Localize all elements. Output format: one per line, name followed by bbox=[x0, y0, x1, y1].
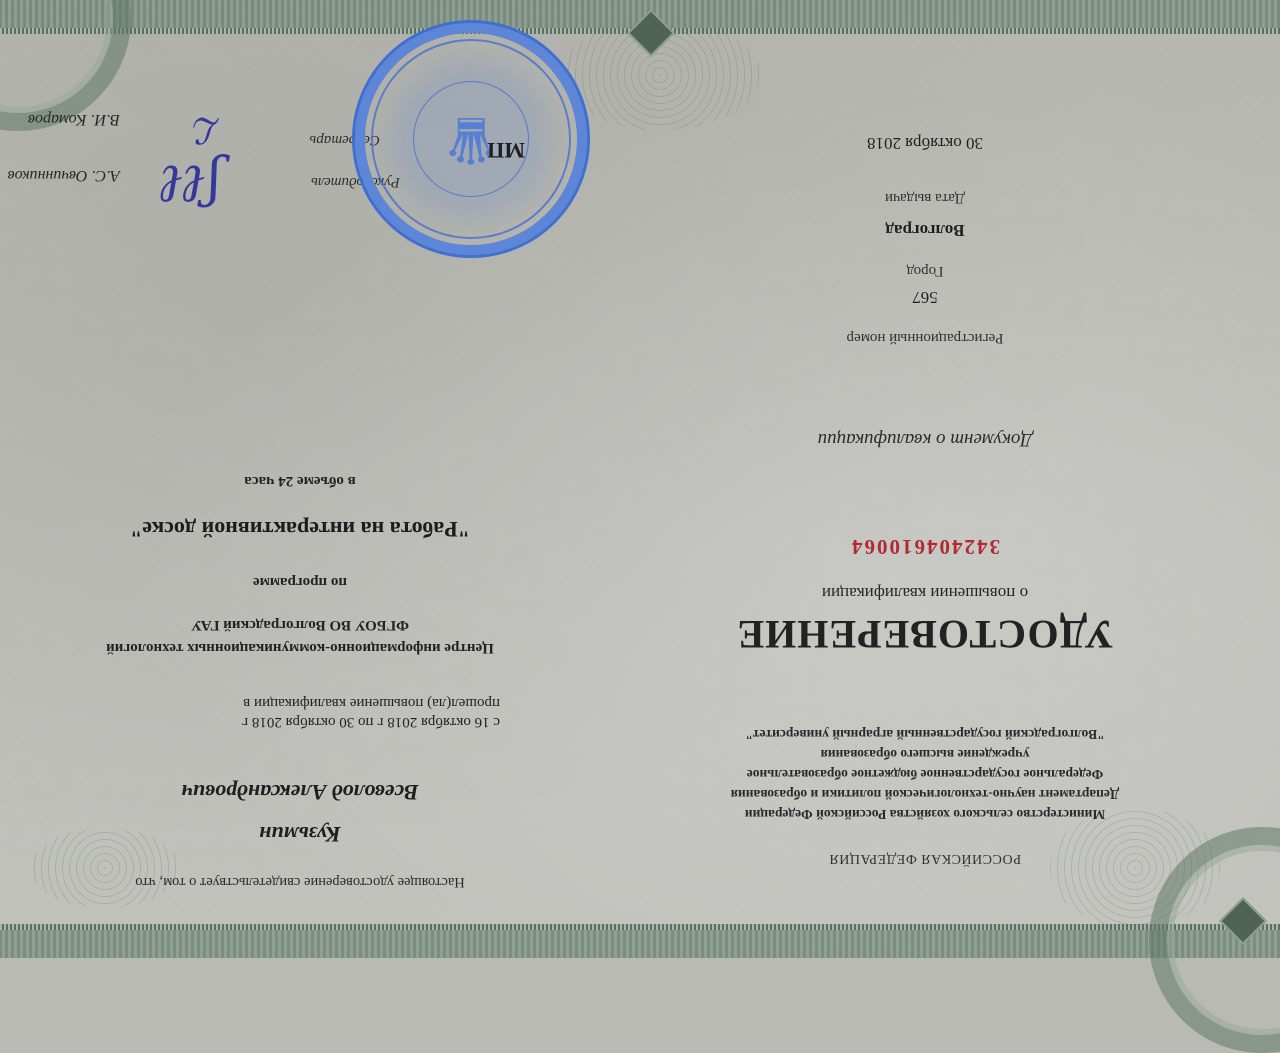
certificate-sheet: РОССИЙСКАЯ ФЕДЕРАЦИЯ Министерство сельск… bbox=[0, 0, 1280, 958]
issuer-block: РОССИЙСКАЯ ФЕДЕРАЦИЯ Министерство сельск… bbox=[680, 724, 1170, 866]
secretary-name: В.И. Комаров bbox=[28, 110, 120, 128]
issuer-line: Департамент научно-технологической полит… bbox=[680, 784, 1170, 804]
intro-text: Настоящее удостоверение свидетельствует … bbox=[60, 873, 540, 890]
holder-block: Настоящее удостоверение свидетельствует … bbox=[60, 471, 540, 890]
stamp-place-label: МП bbox=[487, 137, 525, 163]
registration-block: Регистрационный номер 567 Город Волгогра… bbox=[680, 133, 1170, 346]
issue-date-value: 30 октября 2018 bbox=[680, 133, 1170, 153]
program-name: "Работа на интерактивной доске" bbox=[60, 516, 540, 542]
issuer-line: Министерство сельского хозяйства Российс… bbox=[680, 804, 1170, 824]
city-value: Волгоград bbox=[680, 220, 1170, 240]
issue-date-label: Дата выдачи bbox=[680, 189, 1170, 206]
title-block: УДОСТОВЕРЕНИЕ о повышении квалификации 3… bbox=[680, 534, 1170, 658]
document-subtitle: о повышении квалификации bbox=[680, 583, 1170, 603]
training-period: с 16 октября 2018 г по 30 октября 2018 г bbox=[60, 712, 540, 731]
program-label: по программе bbox=[60, 572, 540, 591]
official-stamp: ♛ bbox=[352, 20, 590, 258]
issuer-line: Федеральное государственное бюджетное об… bbox=[680, 764, 1170, 784]
border-inner-line-top bbox=[0, 924, 1280, 930]
country-label: РОССИЙСКАЯ ФЕДЕРАЦИЯ bbox=[680, 850, 1170, 866]
training-statement: прошел(ла) повышение квалификации в bbox=[60, 693, 540, 712]
doc-type-block: Документ о квалификации bbox=[680, 428, 1170, 450]
document-title: УДОСТОВЕРЕНИЕ bbox=[680, 611, 1170, 658]
head-name: А.С. Овчинников bbox=[8, 166, 120, 184]
organization-line: Центре информационно-коммуникационных те… bbox=[60, 638, 540, 657]
secretary-signature: ℒ bbox=[194, 109, 220, 150]
head-signature: ʃℓℓ bbox=[160, 153, 220, 216]
hours-text: в объеме 24 часа bbox=[60, 471, 540, 490]
issuer-line: учреждение высшего образования bbox=[680, 744, 1170, 764]
serial-number: 342404610064 bbox=[680, 534, 1170, 559]
holder-surname: Кузьмин bbox=[60, 821, 540, 847]
organization-line: ФГБОУ ВО Волгоградский ГАУ bbox=[60, 615, 540, 634]
registration-label: Регистрационный номер bbox=[680, 329, 1170, 346]
registration-number: 567 bbox=[680, 287, 1170, 307]
issuer-line: "Волгоградский государственный аграрный … bbox=[680, 724, 1170, 744]
holder-given-names: Всеволод Александрович bbox=[60, 779, 540, 805]
doc-type-label: Документ о квалификации bbox=[680, 428, 1170, 450]
city-label: Город bbox=[680, 262, 1170, 279]
guilloche-border-top bbox=[0, 930, 1280, 958]
